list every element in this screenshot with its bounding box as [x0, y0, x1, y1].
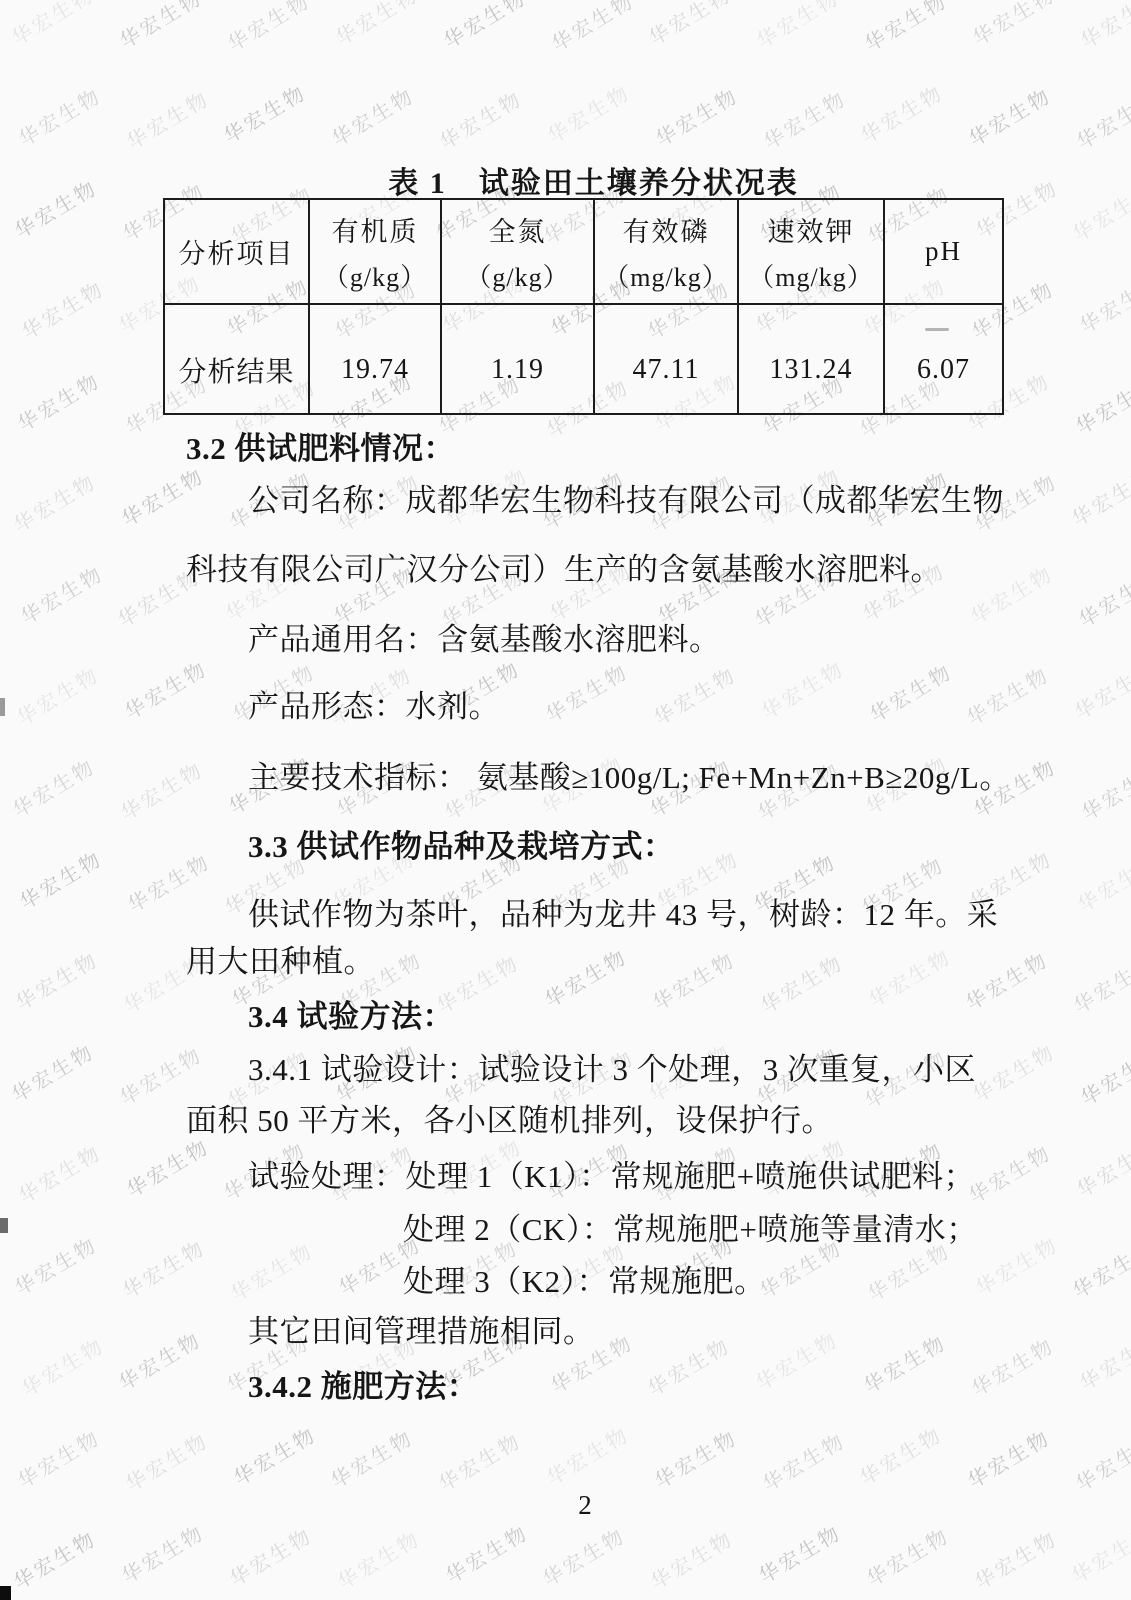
- section-heading: 3.4.2 施肥方法：: [248, 1367, 478, 1407]
- column-name: 分析项目: [179, 239, 295, 269]
- paragraph-line: 处理 2（CK）：常规施肥+喷施等量清水；: [403, 1210, 978, 1250]
- column-name: 速效钾: [739, 210, 883, 249]
- page-number: 2: [540, 1490, 630, 1521]
- paragraph-line: 科技有限公司广汉分公司）生产的含氨基酸水溶肥料。: [186, 550, 942, 590]
- table-header-row: 分析项目 有机质 （g/kg） 全氮 （g/kg） 有效磷 （mg/kg） 速效…: [164, 199, 1003, 304]
- column-name: 有效磷: [595, 210, 737, 249]
- paragraph-line: 主要技术指标： 氨基酸≥100g/L; Fe+Mn+Zn+B≥20g/L。: [248, 758, 1011, 798]
- value-cell: 19.74: [309, 304, 441, 414]
- paragraph-line: 面积 50 平方米，各小区随机排列，设保护行。: [186, 1101, 833, 1141]
- column-name: 全氮: [442, 210, 593, 249]
- column-unit: （mg/kg）: [739, 257, 883, 294]
- value-cell: 131.24: [738, 304, 884, 414]
- table-title: 表 1 试验田土壤养分状况表: [163, 158, 1002, 202]
- column-name: 有机质: [310, 210, 440, 249]
- paragraph-line: 公司名称：成都华宏生物科技有限公司（成都华宏生物: [248, 481, 1004, 521]
- paragraph-line: 其它田间管理措施相同。: [248, 1312, 595, 1352]
- scan-artifact-left-edge: [0, 698, 5, 716]
- paragraph-line: 处理 3（K2）：常规施肥。: [403, 1262, 766, 1302]
- value-cell: 47.11: [594, 304, 738, 414]
- scan-artifact-corner-mark: [0, 1586, 11, 1600]
- column-name: pH: [925, 236, 962, 266]
- header-cell-available-potassium: 速效钾 （mg/kg）: [738, 199, 884, 304]
- header-cell-ph: pH: [884, 199, 1003, 304]
- column-unit: （g/kg）: [310, 257, 440, 294]
- scan-artifact-dash: [925, 328, 949, 331]
- paragraph-line: 供试作物为茶叶，品种为龙井 43 号，树龄：12 年。采: [248, 895, 998, 935]
- paragraph-line: 产品形态：水剂。: [248, 687, 500, 727]
- paragraph-line: 3.4.1 试验设计：试验设计 3 个处理，3 次重复，小区: [248, 1050, 976, 1090]
- soil-nutrient-table: 分析项目 有机质 （g/kg） 全氮 （g/kg） 有效磷 （mg/kg） 速效…: [163, 198, 1004, 415]
- column-unit: （g/kg）: [442, 257, 593, 294]
- document-page: 华宏生物华宏生物华宏生物华宏生物华宏生物华宏生物华宏生物华宏生物华宏生物华宏生物…: [0, 0, 1131, 1600]
- header-cell-organic-matter: 有机质 （g/kg）: [309, 199, 441, 304]
- paragraph-line: 用大田种植。: [186, 942, 375, 982]
- section-heading: 3.3 供试作物品种及栽培方式：: [248, 827, 675, 867]
- row-label: 分析结果: [164, 304, 309, 414]
- column-unit: （mg/kg）: [595, 257, 737, 294]
- document-content: 表 1 试验田土壤养分状况表 分析项目 有机质 （g/kg） 全氮 （g/kg）: [0, 0, 1131, 1600]
- header-cell-total-nitrogen: 全氮 （g/kg）: [441, 199, 594, 304]
- table-result-row: 分析结果 19.74 1.19 47.11 131.24 6.07: [164, 304, 1003, 414]
- paragraph-line: 产品通用名：含氨基酸水溶肥料。: [248, 620, 721, 660]
- header-cell-available-phosphorus: 有效磷 （mg/kg）: [594, 199, 738, 304]
- value-cell: 1.19: [441, 304, 594, 414]
- section-heading: 3.4 试验方法：: [248, 997, 454, 1037]
- value-cell: 6.07: [884, 304, 1003, 414]
- header-cell-item: 分析项目: [164, 199, 309, 304]
- scan-artifact-left-edge: [0, 1218, 8, 1233]
- section-heading: 3.2 供试肥料情况：: [186, 429, 455, 469]
- paragraph-line: 试验处理：处理 1（K1）：常规施肥+喷施供试肥料；: [248, 1157, 975, 1197]
